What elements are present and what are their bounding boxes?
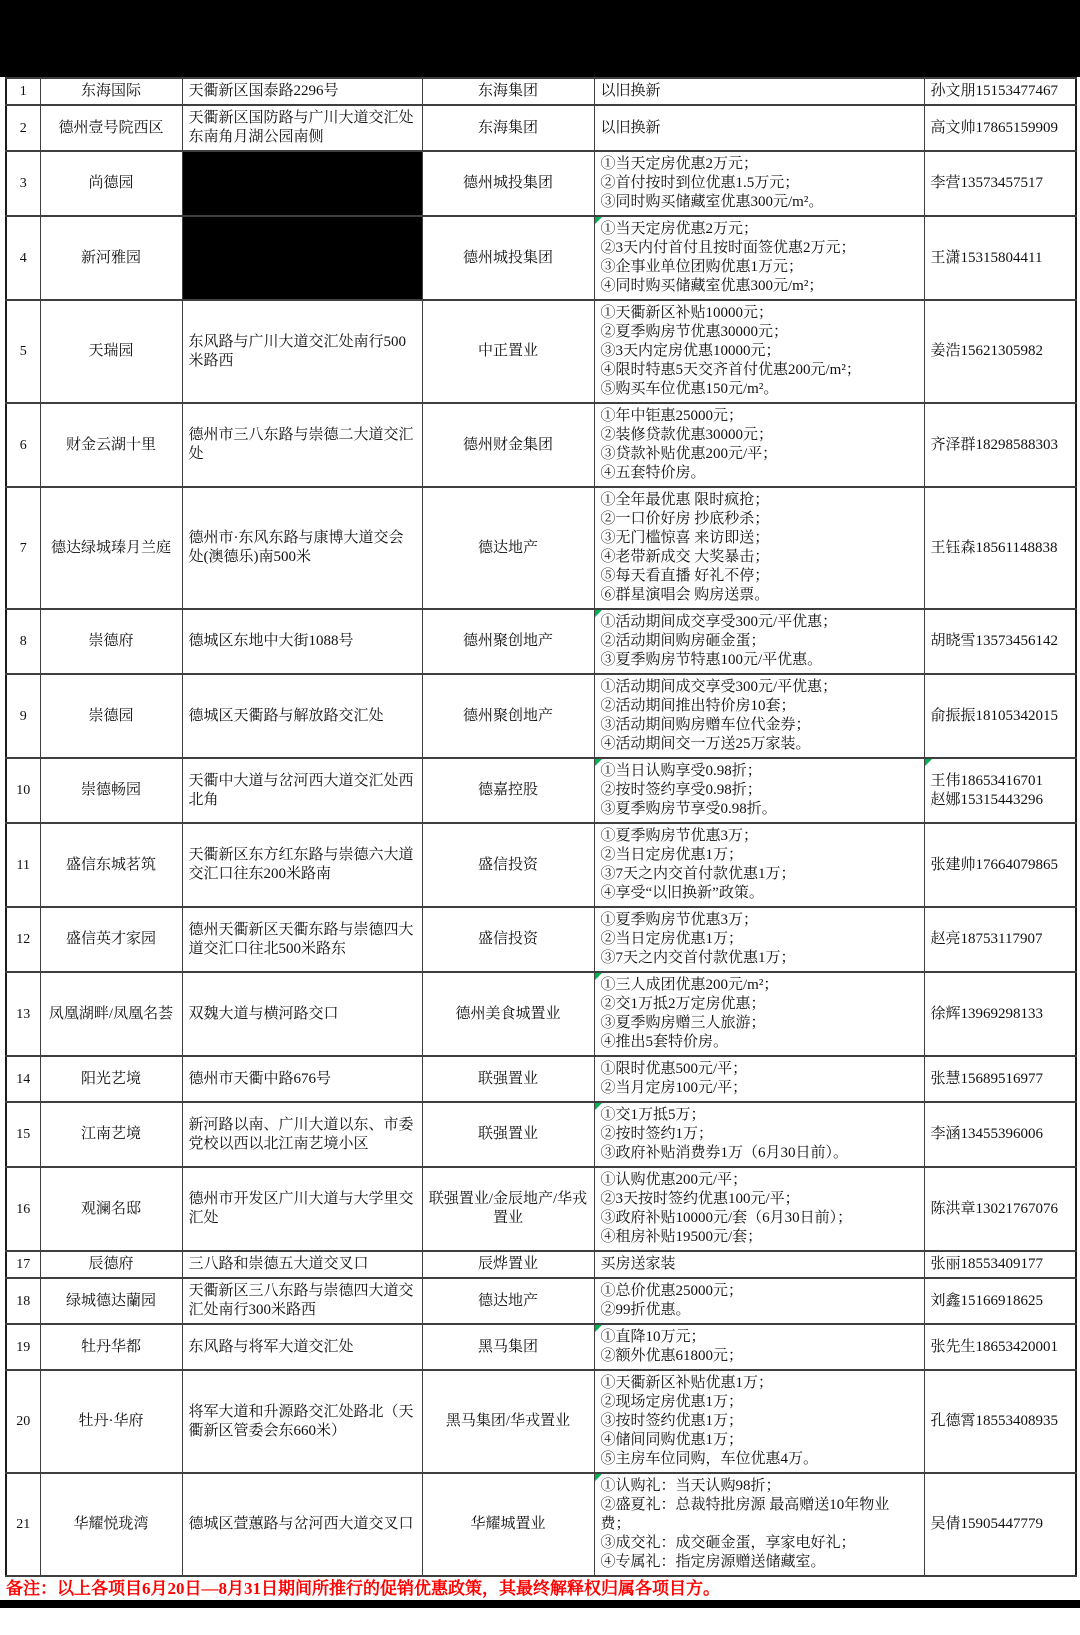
- table-row: 7 德达绿城瑧月兰庭 德州市·东风东路与康博大道交会处(澳德乐)南500米 德达…: [6, 487, 1076, 609]
- table-row: 15 江南艺境 新河路以南、广川大道以东、市委党校以西以北江南艺境小区 联强置业…: [6, 1102, 1076, 1167]
- project-name: 牡丹华都: [40, 1324, 182, 1370]
- table-row: 4 新河雅园 德州城投集团 ①当天定房优惠2万元；②3天内付首付且按时面签优惠2…: [6, 216, 1076, 300]
- project-name: 江南艺境: [40, 1102, 182, 1167]
- row-number: 1: [6, 78, 40, 105]
- developer-name: 德州城投集团: [422, 216, 594, 300]
- contact-info: 张先生18653420001: [924, 1324, 1076, 1370]
- row-number: 9: [6, 674, 40, 758]
- row-number: 6: [6, 403, 40, 487]
- row-number: 14: [6, 1056, 40, 1102]
- bottom-black-bar: [0, 1600, 1080, 1608]
- project-name: 崇德畅园: [40, 758, 182, 823]
- project-address: 东风路与广川大道交汇处南行500米路西: [182, 300, 422, 403]
- table-row: 8 崇德府 德城区东地中大街1088号 德州聚创地产 ①活动期间成交享受300元…: [6, 609, 1076, 674]
- project-name: 崇德园: [40, 674, 182, 758]
- row-number: 20: [6, 1370, 40, 1473]
- table-body: 1 东海国际 天衢新区国泰路2296号 东海集团 以旧换新 孙文朋1515347…: [6, 78, 1076, 1576]
- redacted-header-block: [0, 0, 1080, 77]
- promotion-details: ①认购优惠200元/平；②3天按时签约优惠100元/平；③政府补贴10000元/…: [594, 1167, 924, 1251]
- developer-name: 华耀城置业: [422, 1473, 594, 1576]
- developer-name: 辰烨置业: [422, 1251, 594, 1278]
- contact-info: 王钰森18561148838: [924, 487, 1076, 609]
- row-number: 18: [6, 1278, 40, 1324]
- promotion-details: ①直降10万元；②额外优惠61800元；: [594, 1324, 924, 1370]
- developer-name: 德州聚创地产: [422, 609, 594, 674]
- promotion-details: ①年中钜惠25000元；②装修贷款优惠30000元；③贷款补贴优惠200元/平；…: [594, 403, 924, 487]
- project-name: 天瑞园: [40, 300, 182, 403]
- developer-name: 联强置业: [422, 1102, 594, 1167]
- project-address: 德城区萱蕙路与岔河西大道交叉口: [182, 1473, 422, 1576]
- project-address: 德州天衢新区天衢东路与崇德四大道交汇口往北500米路东: [182, 907, 422, 972]
- promotion-details: 以旧换新: [594, 105, 924, 151]
- contact-info: 俞振振18105342015: [924, 674, 1076, 758]
- developer-name: 盛信投资: [422, 907, 594, 972]
- developer-name: 盛信投资: [422, 823, 594, 907]
- project-address: [182, 216, 422, 300]
- promotion-details: ①天衢新区补贴优惠1万；②现场定房优惠1万；③按时签约优惠1万；④储间同购优惠1…: [594, 1370, 924, 1473]
- project-address: 将军大道和升源路交汇处路北（天衢新区管委会东660米）: [182, 1370, 422, 1473]
- project-address: 德州市·东风东路与康博大道交会处(澳德乐)南500米: [182, 487, 422, 609]
- row-number: 17: [6, 1251, 40, 1278]
- project-address: 三八路和崇德五大道交叉口: [182, 1251, 422, 1278]
- contact-info: 姜浩15621305982: [924, 300, 1076, 403]
- row-number: 11: [6, 823, 40, 907]
- contact-info: 徐辉13969298133: [924, 972, 1076, 1056]
- row-number: 10: [6, 758, 40, 823]
- contact-info: 张丽18553409177: [924, 1251, 1076, 1278]
- table-row: 20 牡丹·华府 将军大道和升源路交汇处路北（天衢新区管委会东660米） 黑马集…: [6, 1370, 1076, 1473]
- project-name: 绿城德达蘭园: [40, 1278, 182, 1324]
- promotion-details: ①限时优惠500元/平；②当月定房100元/平；: [594, 1056, 924, 1102]
- table-row: 6 财金云湖十里 德州市三八东路与崇德二大道交汇处 德州财金集团 ①年中钜惠25…: [6, 403, 1076, 487]
- developer-name: 黑马集团/华戎置业: [422, 1370, 594, 1473]
- row-number: 4: [6, 216, 40, 300]
- row-number: 19: [6, 1324, 40, 1370]
- table-row: 19 牡丹华都 东风路与将军大道交汇处 黑马集团 ①直降10万元；②额外优惠61…: [6, 1324, 1076, 1370]
- contact-info: 刘鑫15166918625: [924, 1278, 1076, 1324]
- table-row: 1 东海国际 天衢新区国泰路2296号 东海集团 以旧换新 孙文朋1515347…: [6, 78, 1076, 105]
- project-name: 崇德府: [40, 609, 182, 674]
- promotion-details: 以旧换新: [594, 78, 924, 105]
- developer-name: 黑马集团: [422, 1324, 594, 1370]
- developer-name: 德达地产: [422, 1278, 594, 1324]
- table-row: 9 崇德园 德城区天衢路与解放路交汇处 德州聚创地产 ①活动期间成交享受300元…: [6, 674, 1076, 758]
- contact-info: 王潇15315804411: [924, 216, 1076, 300]
- project-name: 新河雅园: [40, 216, 182, 300]
- promotion-details: ①总价优惠25000元；②99折优惠。: [594, 1278, 924, 1324]
- table-row: 13 凤凰湖畔/凤凰名荟 双魏大道与横河路交口 德州美食城置业 ①三人成团优惠2…: [6, 972, 1076, 1056]
- project-address: 天衢中大道与岔河西大道交汇处西北角: [182, 758, 422, 823]
- project-address: 德州市开发区广川大道与大学里交汇处: [182, 1167, 422, 1251]
- promotion-details: ①认购礼：当天认购98折；②盛夏礼：总裁特批房源 最高赠送10年物业费；③成交礼…: [594, 1473, 924, 1576]
- developer-name: 联强置业: [422, 1056, 594, 1102]
- project-name: 盛信东城茗筑: [40, 823, 182, 907]
- developer-name: 德州财金集团: [422, 403, 594, 487]
- project-name: 尚德园: [40, 151, 182, 216]
- promotion-details: ①夏季购房节优惠3万；②当日定房优惠1万；③7天之内交首付款优惠1万；④享受“以…: [594, 823, 924, 907]
- table-row: 21 华耀悦珑湾 德城区萱蕙路与岔河西大道交叉口 华耀城置业 ①认购礼：当天认购…: [6, 1473, 1076, 1576]
- project-address: 天衢新区东方红东路与崇德六大道交汇口往东200米路南: [182, 823, 422, 907]
- contact-info: 吴倩15905447779: [924, 1473, 1076, 1576]
- promotion-details: ①交1万抵5万；②按时签约1万；③政府补贴消费券1万（6月30日前）。: [594, 1102, 924, 1167]
- developer-name: 德州美食城置业: [422, 972, 594, 1056]
- row-number: 3: [6, 151, 40, 216]
- table-row: 17 辰德府 三八路和崇德五大道交叉口 辰烨置业 买房送家装 张丽1855340…: [6, 1251, 1076, 1278]
- row-number: 7: [6, 487, 40, 609]
- project-address: 德城区东地中大街1088号: [182, 609, 422, 674]
- developer-name: 德达地产: [422, 487, 594, 609]
- table-row: 10 崇德畅园 天衢中大道与岔河西大道交汇处西北角 德嘉控股 ①当日认购享受0.…: [6, 758, 1076, 823]
- project-name: 观澜名邸: [40, 1167, 182, 1251]
- contact-info: 李涵13455396006: [924, 1102, 1076, 1167]
- table-row: 16 观澜名邸 德州市开发区广川大道与大学里交汇处 联强置业/金辰地产/华戎置业…: [6, 1167, 1076, 1251]
- developer-name: 德嘉控股: [422, 758, 594, 823]
- contact-info: 张慧15689516977: [924, 1056, 1076, 1102]
- row-number: 21: [6, 1473, 40, 1576]
- project-address: 天衢新区国泰路2296号: [182, 78, 422, 105]
- contact-info: 陈洪章13021767076: [924, 1167, 1076, 1251]
- developer-name: 东海集团: [422, 78, 594, 105]
- table-row: 5 天瑞园 东风路与广川大道交汇处南行500米路西 中正置业 ①天衢新区补贴10…: [6, 300, 1076, 403]
- project-address: [182, 151, 422, 216]
- row-number: 2: [6, 105, 40, 151]
- promotion-details: ①活动期间成交享受300元/平优惠；②活动期间推出特价房10套；③活动期间购房赠…: [594, 674, 924, 758]
- page: 1 东海国际 天衢新区国泰路2296号 东海集团 以旧换新 孙文朋1515347…: [0, 0, 1080, 1608]
- promotion-details: ①天衢新区补贴10000元；②夏季购房节优惠30000元；③3天内定房优惠100…: [594, 300, 924, 403]
- row-number: 8: [6, 609, 40, 674]
- project-name: 阳光艺境: [40, 1056, 182, 1102]
- row-number: 15: [6, 1102, 40, 1167]
- projects-table: 1 东海国际 天衢新区国泰路2296号 东海集团 以旧换新 孙文朋1515347…: [5, 77, 1077, 1577]
- project-name: 德达绿城瑧月兰庭: [40, 487, 182, 609]
- project-name: 财金云湖十里: [40, 403, 182, 487]
- contact-info: 孙文朋15153477467: [924, 78, 1076, 105]
- contact-info: 赵亮18753117907: [924, 907, 1076, 972]
- table-row: 14 阳光艺境 德州市天衢中路676号 联强置业 ①限时优惠500元/平；②当月…: [6, 1056, 1076, 1102]
- table-row: 18 绿城德达蘭园 天衢新区三八东路与崇德四大道交汇处南行300米路西 德达地产…: [6, 1278, 1076, 1324]
- contact-info: 王伟18653416701赵娜15315443296: [924, 758, 1076, 823]
- row-number: 13: [6, 972, 40, 1056]
- project-name: 凤凰湖畔/凤凰名荟: [40, 972, 182, 1056]
- developer-name: 德州聚创地产: [422, 674, 594, 758]
- promotion-details: ①全年最优惠 限时疯抢；②一口价好房 抄底秒杀；③无门槛惊喜 来访即送；④老带新…: [594, 487, 924, 609]
- contact-info: 胡晓雪13573456142: [924, 609, 1076, 674]
- promotion-details: ①三人成团优惠200元/m²；②交1万抵2万定房优惠；③夏季购房赠三人旅游；④推…: [594, 972, 924, 1056]
- promotion-details: ①夏季购房节优惠3万；②当日定房优惠1万；③7天之内交首付款优惠1万；: [594, 907, 924, 972]
- project-address: 德州市三八东路与崇德二大道交汇处: [182, 403, 422, 487]
- project-name: 华耀悦珑湾: [40, 1473, 182, 1576]
- developer-name: 东海集团: [422, 105, 594, 151]
- row-number: 12: [6, 907, 40, 972]
- project-name: 东海国际: [40, 78, 182, 105]
- footer-note: 备注：以上各项目6月20日—8月31日期间所推行的促销优惠政策，其最终解释权归属…: [0, 1577, 1080, 1600]
- contact-info: 李营13573457517: [924, 151, 1076, 216]
- developer-name: 中正置业: [422, 300, 594, 403]
- table-row: 2 德州壹号院西区 天衢新区国防路与广川大道交汇处东南角月湖公园南侧 东海集团 …: [6, 105, 1076, 151]
- developer-name: 联强置业/金辰地产/华戎置业: [422, 1167, 594, 1251]
- contact-info: 张建帅17664079865: [924, 823, 1076, 907]
- row-number: 16: [6, 1167, 40, 1251]
- contact-info: 高文帅17865159909: [924, 105, 1076, 151]
- project-name: 牡丹·华府: [40, 1370, 182, 1473]
- row-number: 5: [6, 300, 40, 403]
- project-address: 天衢新区国防路与广川大道交汇处东南角月湖公园南侧: [182, 105, 422, 151]
- project-address: 双魏大道与横河路交口: [182, 972, 422, 1056]
- contact-info: 孔德霄18553408935: [924, 1370, 1076, 1473]
- promotion-details: 买房送家装: [594, 1251, 924, 1278]
- project-name: 盛信英才家园: [40, 907, 182, 972]
- project-address: 新河路以南、广川大道以东、市委党校以西以北江南艺境小区: [182, 1102, 422, 1167]
- promotion-details: ①当日认购享受0.98折；②按时签约享受0.98折；③夏季购房节享受0.98折。: [594, 758, 924, 823]
- developer-name: 德州城投集团: [422, 151, 594, 216]
- promotion-details: ①当天定房优惠2万元；②3天内付首付且按时面签优惠2万元；③企事业单位团购优惠1…: [594, 216, 924, 300]
- project-name: 德州壹号院西区: [40, 105, 182, 151]
- promotion-details: ①当天定房优惠2万元；②首付按时到位优惠1.5万元；③同时购买储藏室优惠300元…: [594, 151, 924, 216]
- contact-info: 齐泽群18298588303: [924, 403, 1076, 487]
- table-row: 11 盛信东城茗筑 天衢新区东方红东路与崇德六大道交汇口往东200米路南 盛信投…: [6, 823, 1076, 907]
- table-row: 3 尚德园 德州城投集团 ①当天定房优惠2万元；②首付按时到位优惠1.5万元；③…: [6, 151, 1076, 216]
- promotion-details: ①活动期间成交享受300元/平优惠；②活动期间购房砸金蛋；③夏季购房节特惠100…: [594, 609, 924, 674]
- project-address: 东风路与将军大道交汇处: [182, 1324, 422, 1370]
- table-row: 12 盛信英才家园 德州天衢新区天衢东路与崇德四大道交汇口往北500米路东 盛信…: [6, 907, 1076, 972]
- project-address: 德城区天衢路与解放路交汇处: [182, 674, 422, 758]
- project-name: 辰德府: [40, 1251, 182, 1278]
- project-address: 天衢新区三八东路与崇德四大道交汇处南行300米路西: [182, 1278, 422, 1324]
- project-address: 德州市天衢中路676号: [182, 1056, 422, 1102]
